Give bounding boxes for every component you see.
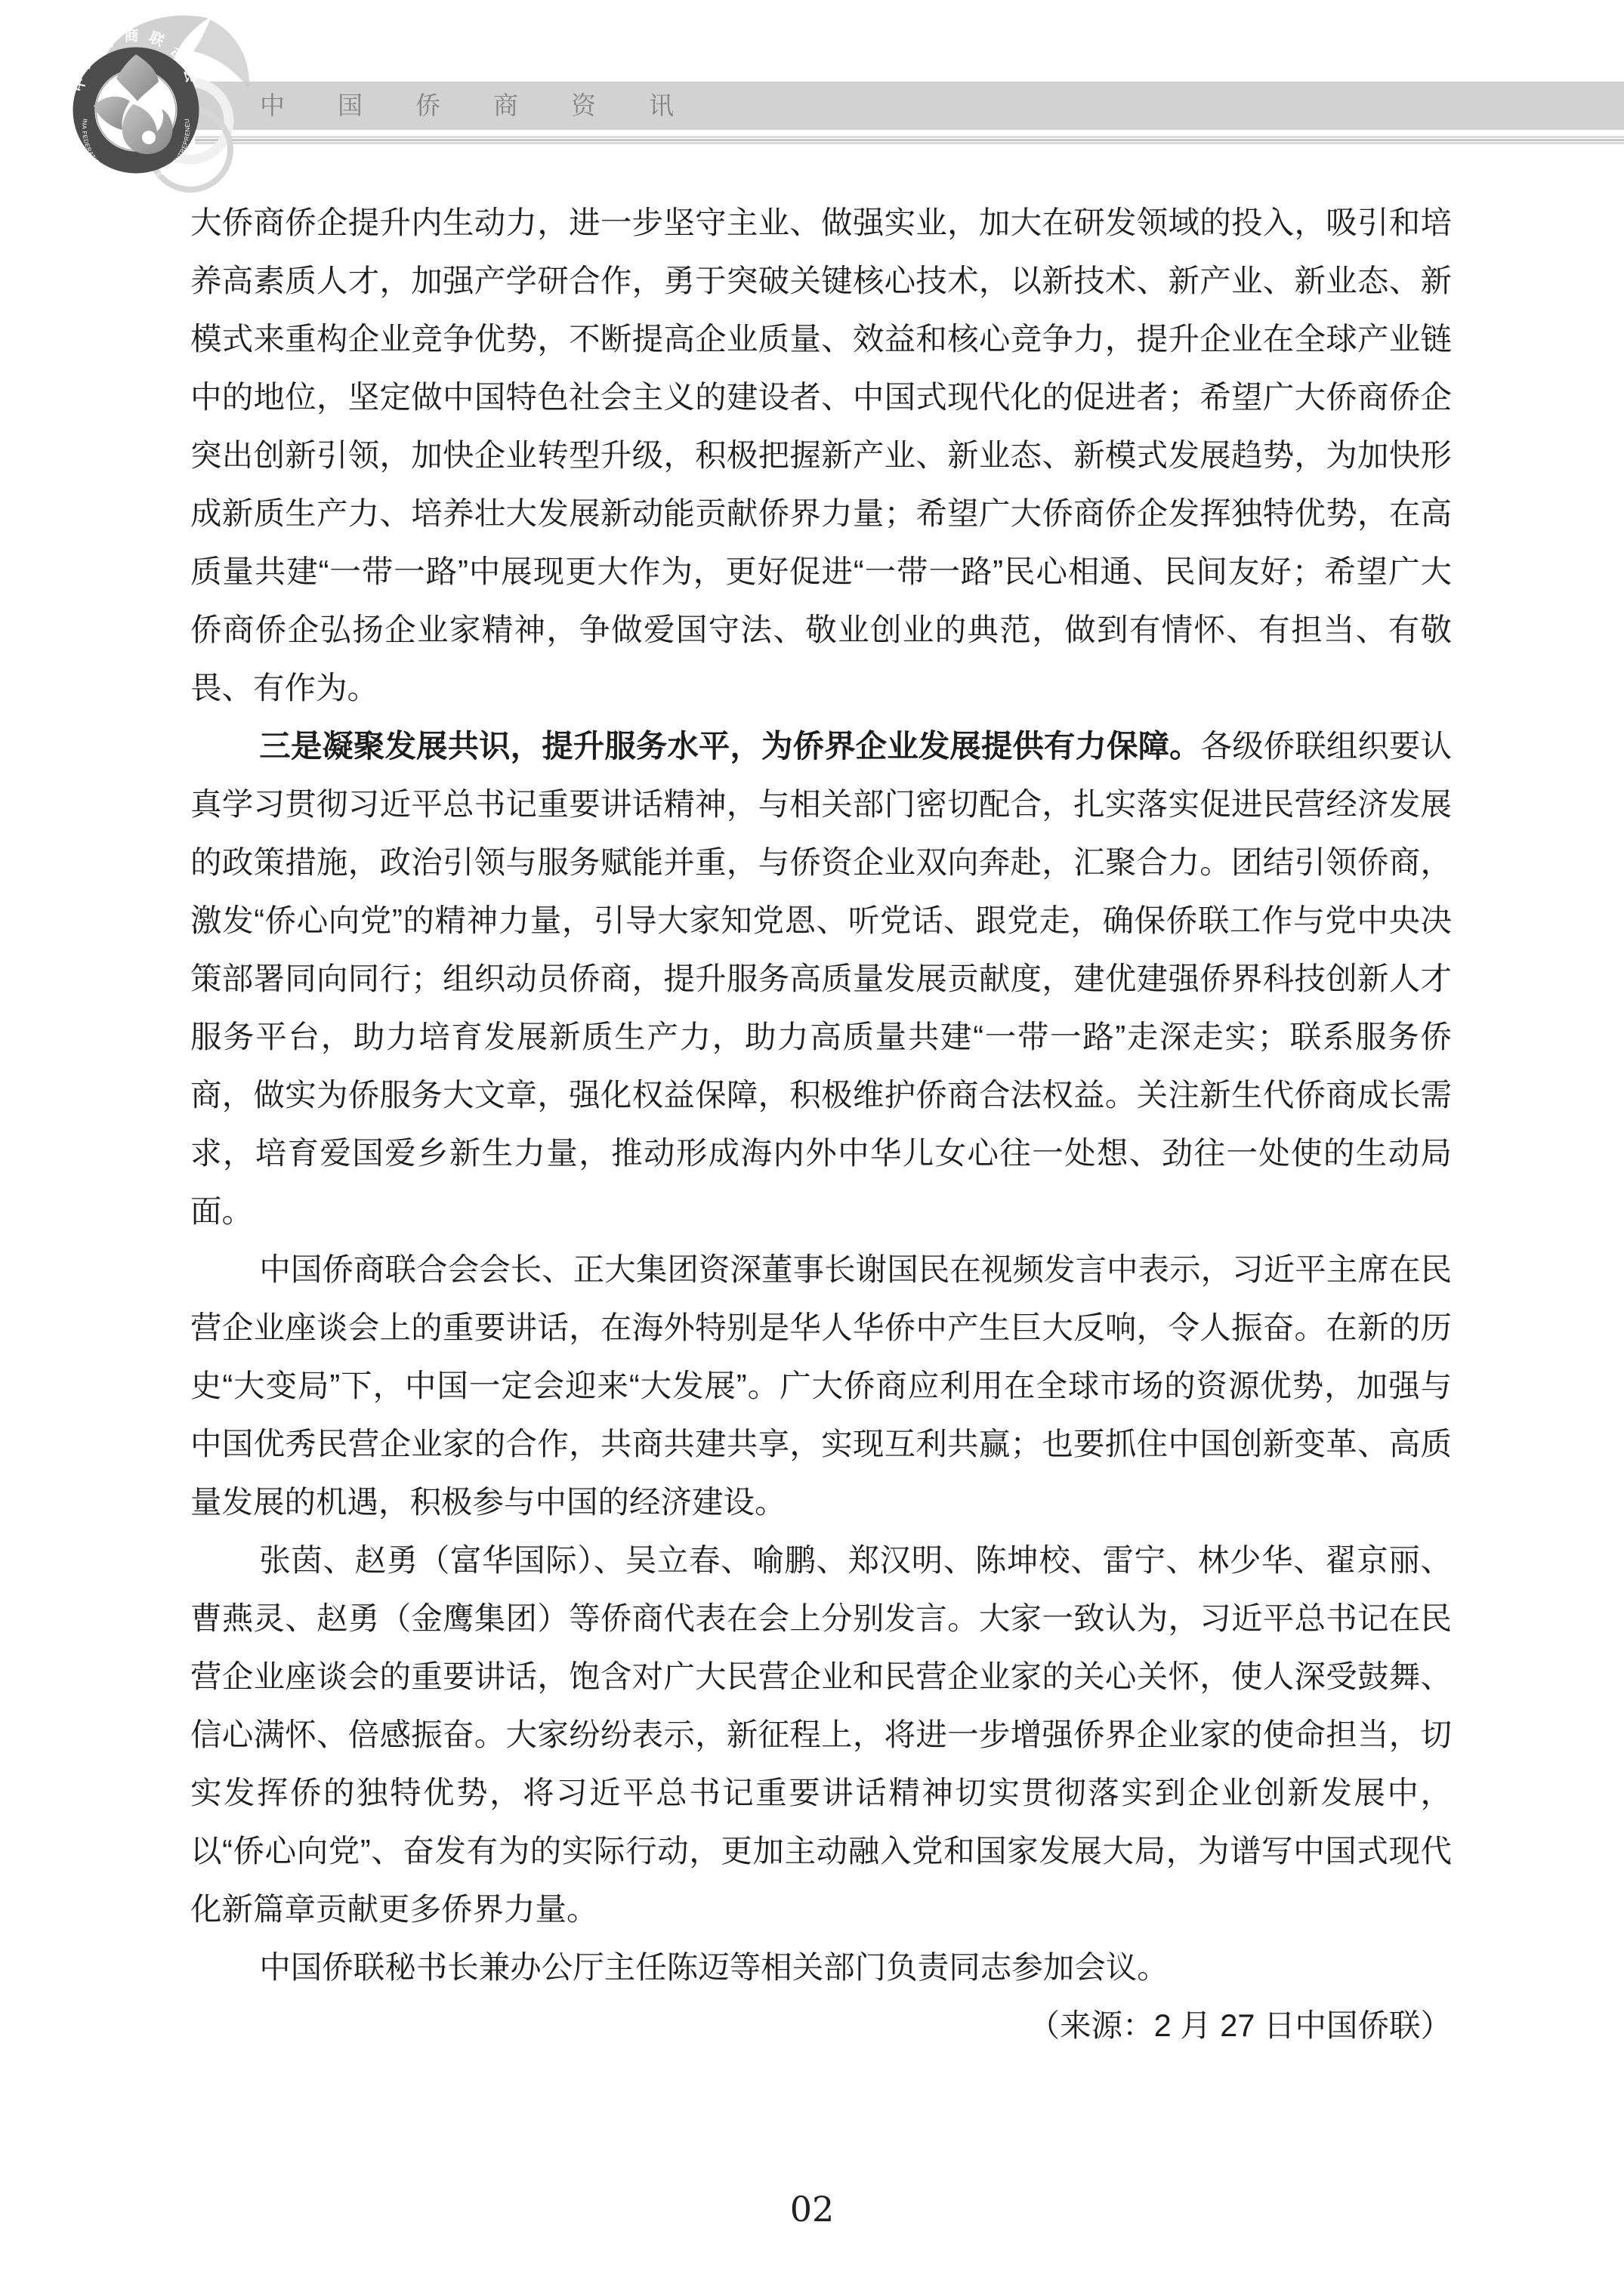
paragraph-bold-lead: 三是凝聚发展共识，提升服务水平，为侨界企业发展提供有力保障。	[259, 728, 1200, 764]
paragraph-text: 大侨商侨企提升内生动力，进一步坚守主业、做强实业，加大在研发领域的投入，吸引和培…	[190, 205, 1452, 705]
paragraph-text: 中国侨联秘书长兼办公厅主任陈迈等相关部门负责同志参加会议。	[259, 1949, 1169, 1985]
paragraph-text: 中国侨商联合会会长、正大集团资深董事长谢国民在视频发言中表示，习近平主席在民营企…	[190, 1251, 1452, 1520]
paragraph-third-point: 三是凝聚发展共识，提升服务水平，为侨界企业发展提供有力保障。各级侨联组织要认真学…	[190, 717, 1452, 1240]
org-logo-emblem: 中国侨商联合会 CHINA FEDERATION OF OVERSEAS CHI…	[60, 8, 325, 258]
paragraph-text: 张茵、赵勇（富华国际）、吴立春、喻鹏、郑汉明、陈坤校、雷宁、林少华、翟京丽、曹燕…	[190, 1542, 1452, 1927]
paragraph-representatives-speeches: 张茵、赵勇（富华国际）、吴立春、喻鹏、郑汉明、陈坤校、雷宁、林少华、翟京丽、曹燕…	[190, 1531, 1452, 1938]
newsletter-page: 中国侨商资讯	[0, 0, 1624, 2293]
logo-flower-eye	[142, 131, 156, 144]
header-stripes	[195, 136, 1624, 144]
newsletter-title: 中国侨商资讯	[195, 82, 1624, 130]
paragraph-continuation: 大侨商侨企提升内生动力，进一步坚守主业、做强实业，加大在研发领域的投入，吸引和培…	[190, 193, 1452, 717]
page-number: 02	[0, 2189, 1624, 2230]
paragraph-attendees: 中国侨联秘书长兼办公厅主任陈迈等相关部门负责同志参加会议。	[190, 1938, 1452, 1996]
paragraph-xie-guomin-remarks: 中国侨商联合会会长、正大集团资深董事长谢国民在视频发言中表示，习近平主席在民营企…	[190, 1240, 1452, 1531]
article-body: 大侨商侨企提升内生动力，进一步坚守主业、做强实业，加大在研发领域的投入，吸引和培…	[190, 193, 1452, 2054]
org-logo: 中国侨商联合会 CHINA FEDERATION OF OVERSEAS CHI…	[60, 8, 325, 258]
header-band: 中国侨商资讯	[195, 82, 1624, 130]
paragraph-text: 各级侨联组织要认真学习贯彻习近平总书记重要讲话精神，与相关部门密切配合，扎实落实…	[190, 728, 1452, 1229]
source-note: （来源：2 月 27 日中国侨联）	[190, 1996, 1452, 2054]
